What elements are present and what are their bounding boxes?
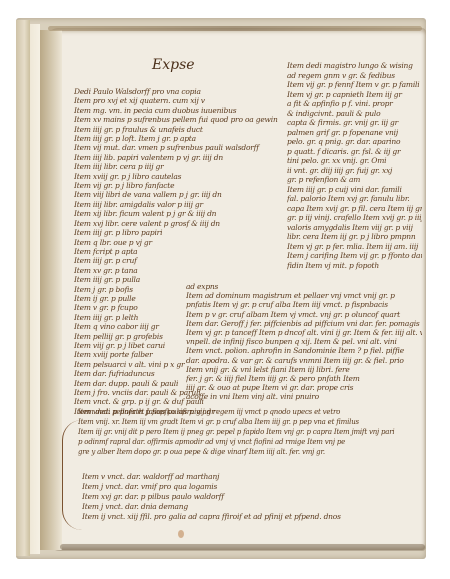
- manuscript-line: Item vij mut. dar. vmen p sufrenbus paul…: [74, 143, 284, 152]
- manuscript-line: gre y alber Item dopo gr. p oua pepe & d…: [78, 447, 424, 457]
- manuscript-line: valoris amygdalis Item viij gr. p viij: [287, 223, 422, 233]
- manuscript-line: Dedi Paulo Walsdorff pro vna copia: [74, 87, 284, 96]
- margin-bracket: [62, 420, 83, 530]
- manuscript-line: acoffe in vni Item vinj alt. vini pnuiro: [186, 392, 422, 401]
- manuscript-line: gr. p refenfion & am: [287, 175, 422, 185]
- manuscript-line: Item vj gr. p fer. mlia. Item iij am. ii…: [287, 242, 422, 252]
- manuscript-line: Item p v gr. cruf albam Item vj vmct. vn…: [186, 310, 422, 319]
- manuscript-line: capta & firmis. gr. vnij gr. iij gr: [287, 118, 422, 128]
- manuscript-line: Item ij vnct. xiij ffil. pro galia ad ca…: [82, 512, 412, 522]
- manuscript-line: Item j vnct. dar. dnia demang: [82, 502, 412, 512]
- manuscript-line: Item dedi magistro lungo & wising: [287, 61, 422, 71]
- manuscript-line: Item mg. vm. in pecia cum duobus iuuenib…: [74, 106, 284, 115]
- manuscript-line: Item j vnct. dar. vmif pro qua logamis: [82, 482, 412, 492]
- manuscript-line: ad expns: [186, 282, 422, 291]
- manuscript-line: ii vnt. gr. diij iiij gr. fuij gr. xxj: [287, 166, 422, 176]
- manuscript-line: tini pelo. gr. xx vnij. gr. Omi: [287, 156, 422, 166]
- manuscript-line: gr. p iij vinij. crafello Item xvij gr. …: [287, 213, 422, 223]
- manuscript-line: Item vnij gr. & vni lelst fiani Item iij…: [186, 365, 422, 374]
- manuscript-line: a fit & apfinfio p f. vini. propr: [287, 99, 422, 109]
- binding-inner-edge: [30, 24, 40, 554]
- manuscript-line: iiij gr. & ouo at pupe Item vi gr. dar. …: [186, 383, 422, 392]
- manuscript-line: Item xv mains p sufrenbus pellem fui quo…: [74, 115, 284, 124]
- manuscript-line: Item pro xvj et xij quatern. cum xij v: [74, 96, 284, 105]
- middle-block-entries: ad expnsItem ad dominum magistrum et pel…: [186, 282, 422, 402]
- manuscript-line: Item viij libri de vana vallem p j gr. i…: [74, 190, 284, 199]
- manuscript-line: Item xij libr. ficum valent p j gr & iii…: [74, 209, 284, 218]
- manuscript-line: Item v vnct. dar. waldorff ad marthanj: [82, 472, 412, 482]
- manuscript-line: Item iiij gr. p loft. Item j gr. p apta: [74, 134, 284, 143]
- manuscript-line: ad regem gnm v gr. & fedibus: [287, 71, 422, 81]
- manuscript-line: Item iiij gr. p cruf: [74, 256, 284, 265]
- right-column-entries: Item dedi magistro lungo & wisingad rege…: [287, 61, 422, 270]
- page-gutter: [40, 30, 62, 550]
- manuscript-line: pelo. gr. q pnig. gr. dar. aparino: [287, 137, 422, 147]
- manuscript-line: palmen grif gr. p fopenane vnij: [287, 128, 422, 138]
- manuscript-line: Item xv gr. p tana: [74, 266, 284, 275]
- manuscript-line: Item xvj gr. dar. p pilbus paulo waldorf…: [82, 492, 412, 502]
- page-bottom-edge: [60, 544, 425, 550]
- manuscript-line: vnpell. de infinij fisco bunpen q xij. I…: [186, 337, 422, 346]
- manuscript-line: Item fcript p apta: [74, 247, 284, 256]
- manuscript-line: fer. j gr. & iiij fiel Item iiij gr. & p…: [186, 374, 422, 383]
- manuscript-line: Item vj gr. p tanceff Item p dncof alt. …: [186, 328, 422, 337]
- manuscript-line: p odinmf rapral dar. offirmis apmodir ad…: [78, 437, 424, 447]
- manuscript-line: fal. palorio Item xvj gr. fanulu libr.: [287, 194, 422, 204]
- manuscript-line: Item vnij. xr. Item iij vm gradt Item vi…: [78, 417, 424, 427]
- manuscript-line: Item iij gr. vnij dit p pero Item ij pne…: [78, 427, 424, 437]
- ink-stain: [178, 530, 184, 538]
- manuscript-line: Item ad dominum magistrum et pellaer vnj…: [186, 291, 422, 300]
- binding-edge: [16, 20, 30, 556]
- manuscript-line: Item iiij libr. amigdalis valor p iiij g…: [74, 200, 284, 209]
- manuscript-line: Item iiij libr. cera p iiij gr: [74, 162, 284, 171]
- manuscript-line: Item iiij gr. p fraulus & unafeis duct: [74, 125, 284, 134]
- manuscript-line: pnfatis Item vj gr. p cruf alba Item iii…: [186, 300, 422, 309]
- manuscript-line: Item j carifing Item vij gr. p ffonto da…: [287, 251, 422, 261]
- page-top-edge: [48, 26, 422, 31]
- manuscript-line: libr. cera Item iij gr. p j libro pmpnn: [287, 232, 422, 242]
- manuscript-line: Item dar. Geroff j fer. piffcienbis ad p…: [186, 319, 422, 328]
- manuscript-line: Item q lbr. oue p vj gr: [74, 238, 284, 247]
- manuscript-line: Item iiij gr. p libro papiri: [74, 228, 284, 237]
- manuscript-line: capa Item xvij gr. p fil. cera Item iij …: [287, 204, 422, 214]
- manuscript-line: Item vij gr. p j libro fanfacte: [74, 181, 284, 190]
- manuscript-line: Item vj gr. p capnieth Item iij gr: [287, 90, 422, 100]
- manuscript-line: Item dedi pellaer et Jasopfko sifirnig a…: [78, 407, 424, 417]
- manuscript-line: Item vnct. polion. aphrofin in Sandomini…: [186, 346, 422, 355]
- page-heading: Expse: [152, 57, 195, 73]
- manuscript-line: Item xvj libr. cere valent p grosf & iii…: [74, 219, 284, 228]
- manuscript-line: fidin Item vj mit. p fopoth: [287, 261, 422, 271]
- manuscript-line: & indigcivnt. pauli & pulo: [287, 109, 422, 119]
- manuscript-line: Item iiij gr. p cuij vini dar. famili: [287, 185, 422, 195]
- manuscript-line: p quatt. f dicaris. gr. fsl. & iij gr: [287, 147, 422, 157]
- final-entries: Item v vnct. dar. waldorff ad marthanjIt…: [82, 472, 412, 522]
- manuscript-line: dar. apodra. & var gr. & carufs vnmni It…: [186, 356, 422, 365]
- manuscript-line: Item xviij gr. p j libro cautelas: [74, 172, 284, 181]
- manuscript-line: Item iiij lib. papiri valentem p vj gr. …: [74, 153, 284, 162]
- manuscript-line: Item vij gr. p fennf Item v gr. p famili: [287, 80, 422, 90]
- lower-paragraph-entries: Item dedi pellaer et Jasopfko sifirnig a…: [78, 407, 424, 457]
